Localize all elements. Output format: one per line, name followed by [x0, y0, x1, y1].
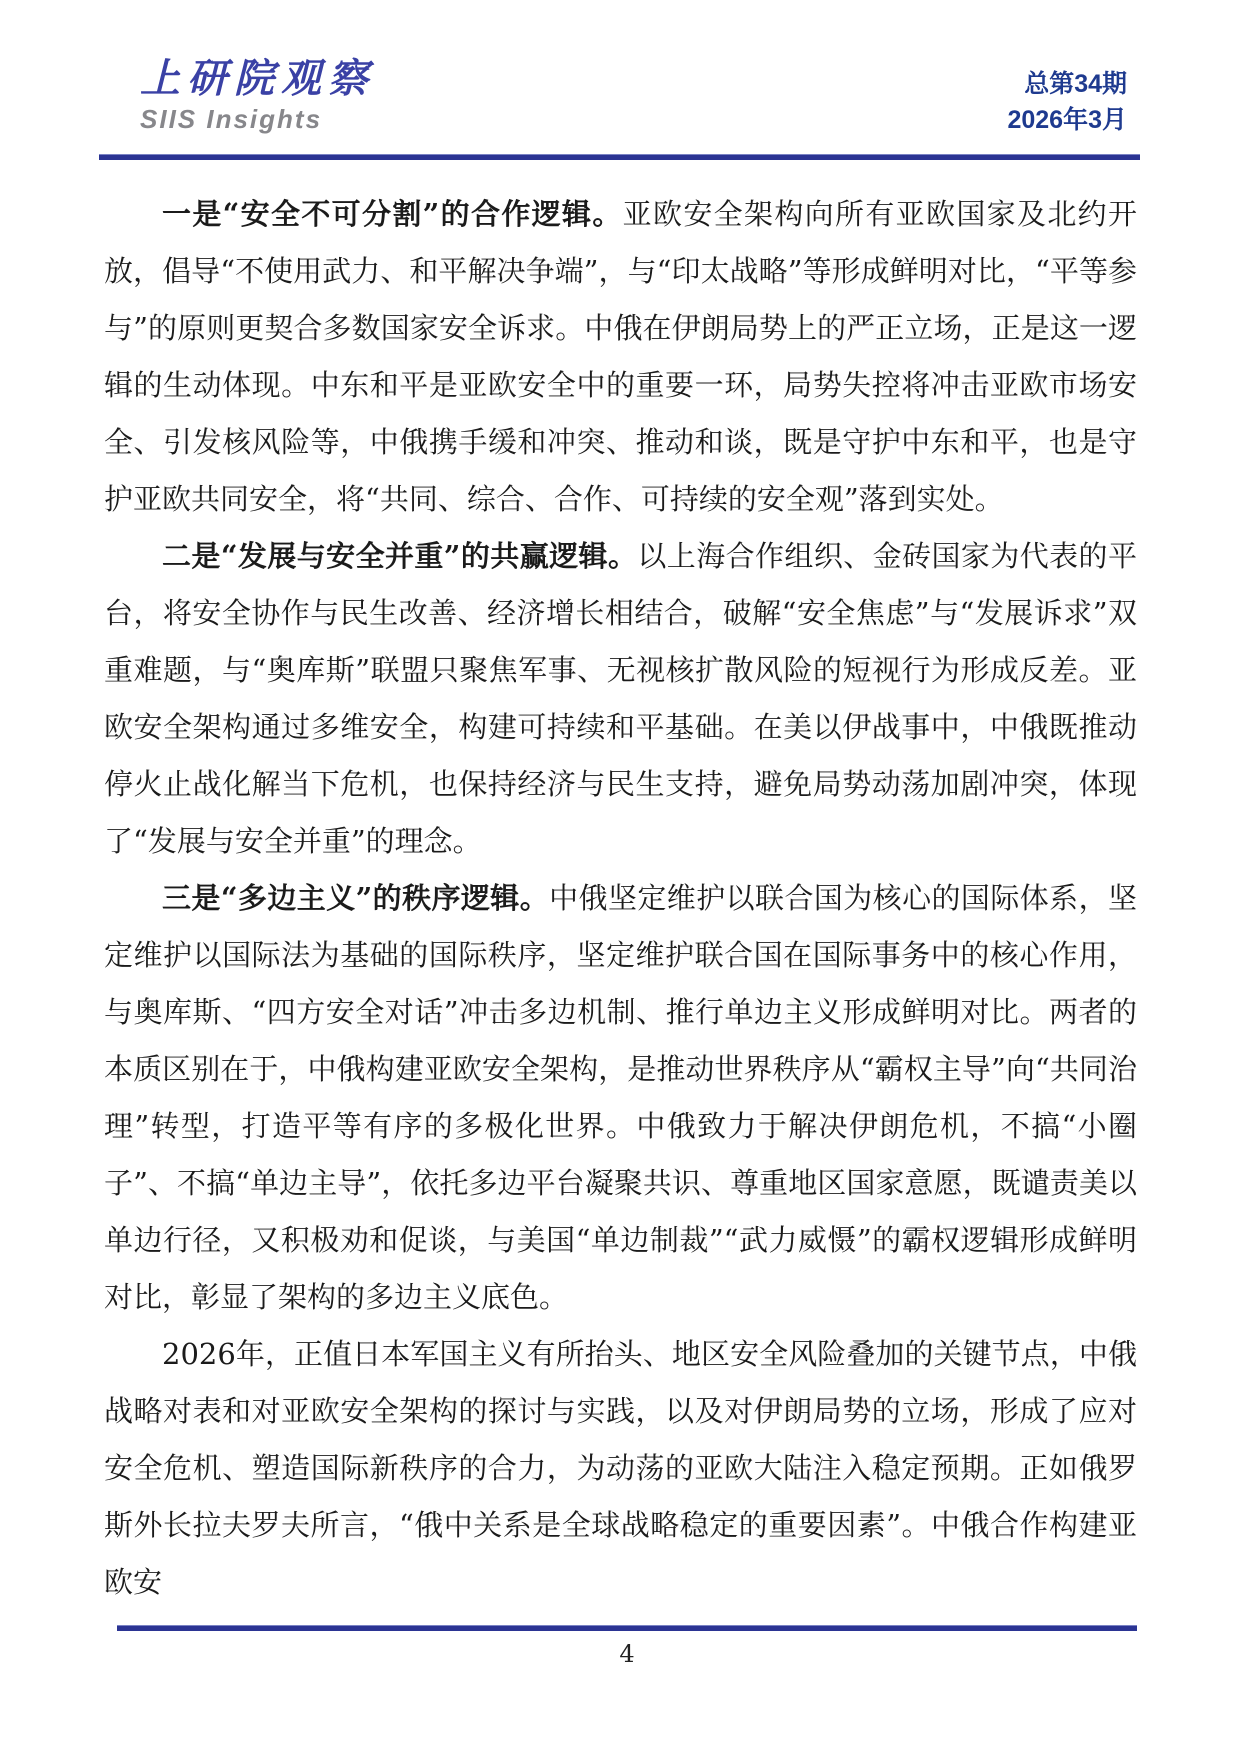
body-paragraph: 二是“发展与安全并重”的共赢逻辑。以上海合作组织、金砖国家为代表的平台，将安全协… — [104, 528, 1137, 870]
body-paragraph: 一是“安全不可分割”的合作逻辑。亚欧安全架构向所有亚欧国家及北约开放，倡导“不使… — [104, 186, 1137, 528]
issue-date: 2026年3月 — [1007, 102, 1127, 138]
paragraph-lead: 一是“安全不可分割”的合作逻辑。 — [162, 197, 623, 231]
body-paragraph: 2026年，正值日本军国主义有所抬头、地区安全风险叠加的关键节点，中俄战略对表和… — [104, 1326, 1137, 1611]
footer-divider-rule — [117, 1625, 1137, 1631]
logo-chinese-title: 上研院观察 — [140, 56, 375, 102]
document-page: 上研院观察 SIIS Insights 总第34期 2026年3月 一是“安全不… — [0, 0, 1241, 1754]
paragraph-text: 2026年，正值日本军国主义有所抬头、地区安全风险叠加的关键节点，中俄战略对表和… — [104, 1337, 1137, 1599]
issue-info: 总第34期 2026年3月 — [1007, 66, 1127, 138]
article-body: 一是“安全不可分割”的合作逻辑。亚欧安全架构向所有亚欧国家及北约开放，倡导“不使… — [104, 186, 1137, 1611]
logo-english-title: SIIS Insights — [140, 104, 375, 134]
header-divider-rule — [99, 154, 1140, 160]
issue-number: 总第34期 — [1007, 66, 1127, 102]
paragraph-lead: 二是“发展与安全并重”的共赢逻辑。 — [162, 539, 637, 573]
paragraph-text: 以上海合作组织、金砖国家为代表的平台，将安全协作与民生改善、经济增长相结合，破解… — [104, 539, 1137, 858]
page-number: 4 — [117, 1640, 1137, 1668]
masthead-logo: 上研院观察 SIIS Insights — [140, 56, 375, 134]
paragraph-text: 亚欧安全架构向所有亚欧国家及北约开放，倡导“不使用武力、和平解决争端”，与“印太… — [104, 197, 1137, 516]
paragraph-text: 中俄坚定维护以联合国为核心的国际体系，坚定维护以国际法为基础的国际秩序，坚定维护… — [104, 881, 1137, 1314]
body-paragraph: 三是“多边主义”的秩序逻辑。中俄坚定维护以联合国为核心的国际体系，坚定维护以国际… — [104, 870, 1137, 1326]
paragraph-lead: 三是“多边主义”的秩序逻辑。 — [162, 881, 549, 915]
